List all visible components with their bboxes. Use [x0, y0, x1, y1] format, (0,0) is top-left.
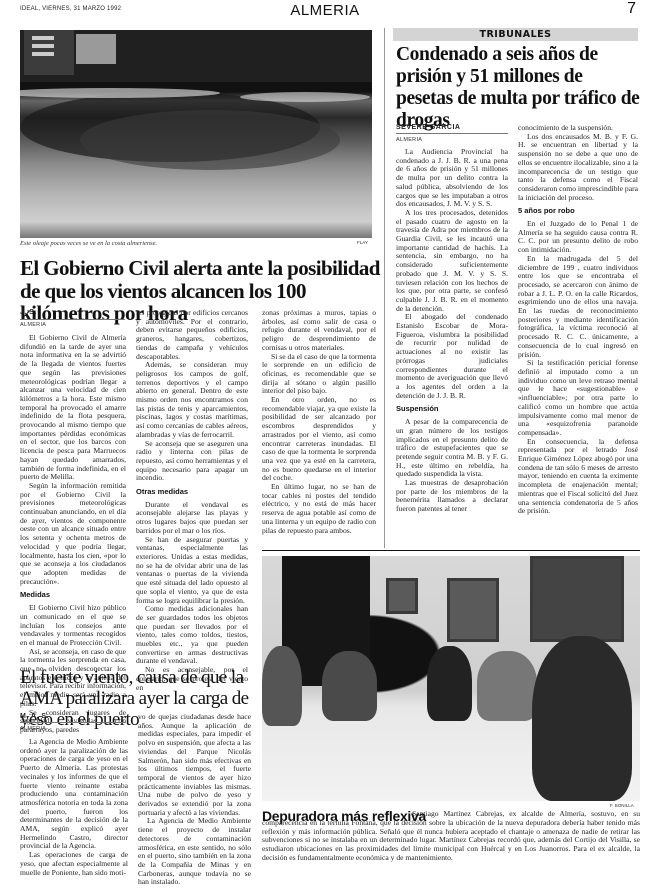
subhead-medidas: Medidas	[20, 591, 126, 600]
column-divider	[384, 28, 385, 548]
paragraph: Se aconseja que se aseguren una radio y …	[136, 440, 248, 484]
paragraph: En consecuencia, la defensa representada…	[518, 438, 638, 516]
paragraph: Según la información remitida por el Gob…	[20, 482, 126, 586]
wind-column-2: les protegidas por edificios cercanos y …	[136, 309, 248, 692]
paragraph: Los dos encausados M. B. y F. G. H. se e…	[518, 133, 638, 203]
dateline-tribunales: ALMERIA	[396, 137, 422, 143]
byline-wind: J. S.	[20, 309, 37, 316]
paragraph: Se han de asegurar puertas y ventanas, e…	[136, 536, 248, 606]
paragraph: A pesar de la comparecencia de un gran n…	[396, 418, 508, 479]
paragraph: Si la testificación pericial forense def…	[518, 359, 638, 437]
paragraph: les protegidas por edificios cercanos y …	[136, 309, 248, 361]
paragraph: La Audiencia Provincial ha condenado a J…	[396, 148, 508, 209]
paragraph: vo de quejas ciudadanas desde hace años.…	[138, 713, 251, 817]
paragraph: El Gobierno Civil de Almería difundió en…	[20, 334, 126, 482]
wind-column-3: zonas próximas a muros, tapias o árboles…	[262, 309, 376, 535]
paragraph: En la madrugada del 5 del diciembre de 1…	[518, 255, 638, 359]
photo-caption: Este oleaje pocas veces se ve en la cost…	[20, 240, 157, 247]
paragraph: Las operaciones de carga de yeso, que af…	[20, 851, 128, 877]
paragraph: Como medidas adicionales han de ser guar…	[136, 605, 248, 666]
photo-credit: FLAY	[357, 240, 368, 245]
byline-tribunales: SEVERE GARCIA	[396, 124, 460, 131]
ama-column-2: vo de quejas ciudadanas desde hace años.…	[138, 713, 251, 887]
paragraph: Durante el vendaval es aconsejable aleja…	[136, 501, 248, 536]
paragraph: Si se da el caso de que la tormenta le s…	[262, 353, 376, 397]
subhead-otras-medidas: Otras medidas	[136, 488, 248, 497]
paragraph: La Agencia de Medio Ambiente ordenó ayer…	[20, 738, 128, 851]
paragraph: Además, se consideran muy peligrosos los…	[136, 361, 248, 439]
paragraph: En último lugar, no se han de tocar cabl…	[262, 483, 376, 535]
paragraph: El abogado del condenado Estanislo Escob…	[396, 313, 508, 400]
paragraph: En el Juzgado de lo Penal 1 de Almería s…	[518, 220, 638, 255]
paragraph: zonas próximas a muros, tapias o árboles…	[262, 309, 376, 353]
tribunales-column-1: La Audiencia Provincial ha condenado a J…	[396, 148, 508, 514]
storm-waves-photo	[20, 30, 372, 238]
byline-rule	[396, 133, 508, 134]
paragraph: A los tres procesados, detenidos el pasa…	[396, 209, 508, 313]
paragraph: Las muestras de desaprobación por parte …	[396, 479, 508, 514]
paragraph: El Gobierno Civil hizo público un comuni…	[20, 604, 126, 648]
section-rule	[262, 550, 640, 551]
page-number: 7	[627, 0, 636, 18]
depuradora-text: Santiago Martínez Cabrejas, ex alcalde d…	[262, 810, 640, 863]
headline-tribunales: Condenado a seis años de prisión y 51 mi…	[396, 44, 641, 132]
photo-credit: F. BONILLA	[610, 803, 634, 808]
paragraph: En otro orden, no es recomendable viajar…	[262, 396, 376, 483]
byline-ama: M. A. S.	[20, 713, 49, 720]
subhead-5-anos-por-robo: 5 años por robo	[518, 207, 638, 216]
meeting-photo	[262, 556, 640, 801]
subhead-suspension: Suspensión	[396, 405, 508, 414]
dateline-ama: ALMERIA	[20, 726, 46, 732]
byline-rule	[20, 722, 126, 723]
section-bar-tribunales: TRIBUNALES	[393, 28, 638, 41]
dateline-wind: ALMERIA	[20, 322, 46, 328]
ama-column-1: La Agencia de Medio Ambiente ordenó ayer…	[20, 738, 128, 877]
byline-rule	[20, 319, 125, 320]
tribunales-column-2: conocimiento de la suspensión. Los dos e…	[518, 124, 638, 516]
paragraph: La Agencia de Medio Ambiente tiene el pr…	[138, 817, 251, 887]
section-title: ALMERIA	[0, 2, 650, 19]
